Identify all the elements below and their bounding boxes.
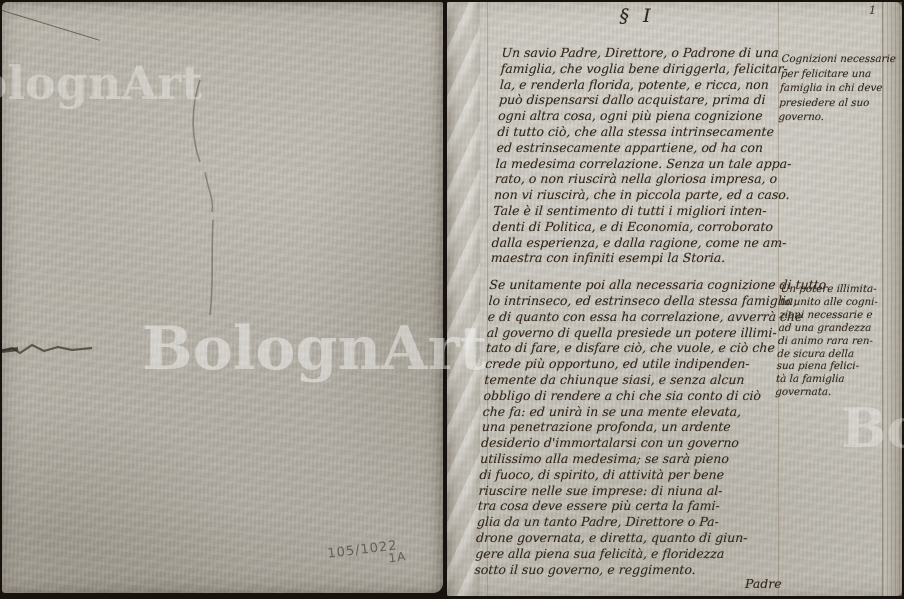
margin-note-2: Un potere illimita-to unito alle cogni-z… (775, 283, 901, 399)
margin-note-line: governata. (775, 386, 896, 399)
text-line: dalla esperienza, e dalla ragione, come … (491, 235, 784, 251)
text-line: al governo di quella presiede un potere … (486, 325, 779, 341)
text-line: gere alla piena sua felicità, e floridez… (475, 546, 768, 562)
margin-note-line: ad una grandezza (778, 322, 899, 335)
text-line: una penetrazione profonda, un ardente (482, 419, 775, 435)
margin-note-line: to unito alle cogni- (780, 296, 901, 309)
text-line: glia da un tanto Padre, Direttore o Pa- (477, 514, 770, 530)
manuscript-photo: 105/1022 1A § I 1 Un savio Padre, Dirett… (0, 0, 904, 599)
text-line: può dispensarsi dallo acquistare, prima … (499, 92, 792, 108)
text-line: la, e renderla florida, potente, e ricca… (499, 77, 792, 93)
text-line: sotto il suo governo, e reggimento. (474, 562, 767, 578)
margin-note-line: zioni necessarie e (779, 309, 900, 322)
text-line: ogni altra cosa, ogni più piena cognizio… (498, 108, 791, 124)
page-number: 1 (869, 4, 876, 17)
margin-note-line: presiedere al suo (779, 96, 900, 111)
edge-tear (2, 340, 94, 362)
margin-note-line: di animo rara ren- (778, 335, 899, 348)
text-line: tato di fare, e disfare ciò, che vuole, … (486, 340, 779, 356)
text-line: e di quanto con essa ha correlazione, av… (487, 309, 780, 325)
text-line: tra cosa deve essere più certa la fami- (477, 498, 770, 514)
paragraph-1: Un savio Padre, Direttore, o Padrone di … (490, 45, 794, 266)
text-line: utilissimo alla medesima; se sarà pieno (480, 451, 773, 467)
text-line: maestra con infiniti esempi la Storia. (490, 250, 783, 266)
section-heading: § I (597, 5, 677, 27)
margin-note-line: famiglia in chi deve (780, 81, 901, 96)
text-line: drone governata, e diretta, quanto di gi… (476, 530, 769, 546)
margin-note-line: Cognizioni necessarie (781, 52, 902, 67)
vertical-scratch (178, 80, 228, 315)
binding-edge (447, 2, 480, 596)
text-line: rato, o non riuscirà nella gloriosa impr… (494, 171, 787, 187)
pencil-inventory-number: 105/1022 1A (327, 537, 407, 572)
text-line: di tutto ciò, che alla stessa intrinseca… (497, 124, 790, 140)
catchword: Padre (745, 576, 782, 591)
text-line: desiderio d'immortalarsi con un governo (481, 435, 774, 451)
text-line: di fuoco, di spirito, di attività per be… (479, 467, 772, 483)
margin-note-line: per felicitare una (780, 67, 901, 82)
left-blank-page: 105/1022 1A (2, 2, 443, 593)
margin-note-line: Un potere illimita- (780, 283, 901, 296)
margin-note-line: governo. (778, 110, 899, 125)
manuscript-body-text: Un savio Padre, Direttore, o Padrone di … (474, 45, 794, 577)
margin-note-line: tà la famiglia (776, 373, 897, 386)
text-line: famiglia, che voglia bene diriggerla, fe… (500, 61, 793, 77)
margin-note-1: Cognizioni necessarieper felicitare unaf… (778, 52, 902, 125)
margin-note-line: sua piena felici- (776, 360, 897, 373)
paper-texture (2, 2, 443, 593)
text-line: denti di Politica, e di Economia, corrob… (492, 219, 785, 235)
text-line: ed estrinsecamente appartiene, od ha con (496, 140, 789, 156)
text-line: Un savio Padre, Direttore, o Padrone di … (501, 45, 794, 61)
margin-note-line: de sicura della (777, 348, 898, 361)
text-line: obbligo di rendere a chi che sia conto d… (483, 388, 776, 404)
text-line: la medesima correlazione. Senza un tale … (495, 156, 788, 172)
text-line: Tale è il sentimento di tutti i migliori… (493, 203, 786, 219)
text-line: che fa: ed unirà in se una mente elevata… (482, 404, 775, 420)
text-line: crede più opportuno, ed utile indipenden… (485, 356, 778, 372)
pencil-number-line2: 1A (388, 549, 407, 565)
manuscript-text-page: § I 1 Un savio Padre, Direttore, o Padro… (447, 2, 902, 596)
corner-crease (0, 8, 100, 41)
text-line: non vi riuscirà, che in piccola parte, e… (494, 187, 787, 203)
text-line: temente da chiunque siasi, e senza alcun (484, 372, 777, 388)
text-line: riuscire nelle sue imprese: di niuna al- (478, 483, 771, 499)
paragraph-2: Se unitamente poi alla necessaria cogniz… (474, 277, 782, 577)
text-line: lo intrinseco, ed estrinseco della stess… (488, 293, 781, 309)
text-line: Se unitamente poi alla necessaria cogniz… (489, 277, 782, 293)
